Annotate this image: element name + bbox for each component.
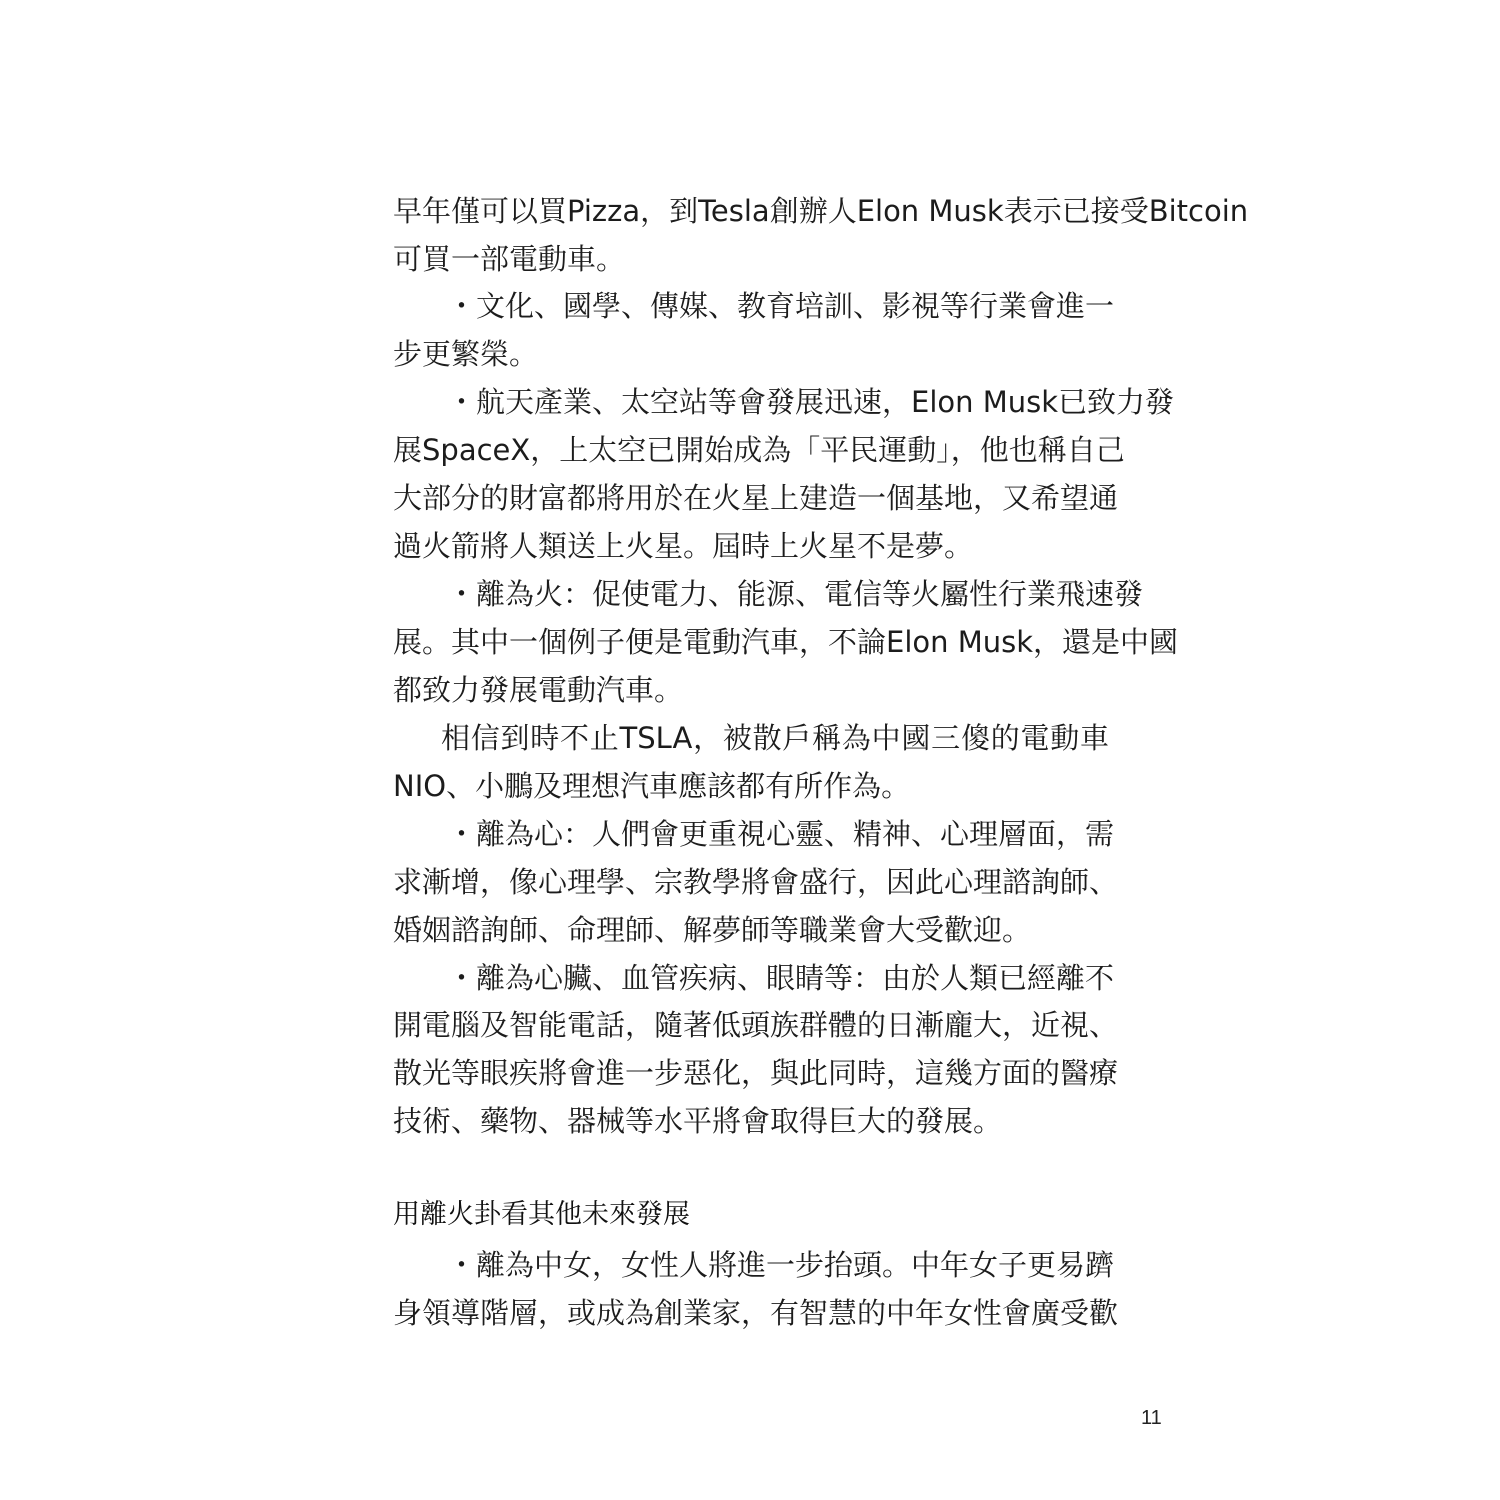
paragraph-line: 可買一部電動車。 [393, 242, 1109, 276]
paragraph-line: 求漸增，像心理學、宗教學將會盛行，因此心理諮詢師、 [393, 865, 1109, 899]
paragraph-line: 開電腦及智能電話，隨著低頭族群體的日漸龐大，近視、 [393, 1008, 1109, 1042]
paragraph-line: NIO、小鵬及理想汽車應該都有所作為。 [393, 769, 1109, 803]
paragraph-line: 步更繁榮。 [393, 337, 1109, 371]
paragraph-line: 早年僅可以買Pizza，到Tesla創辦人Elon Musk表示已接受Bitco… [393, 194, 1109, 228]
paragraph-line: 展SpaceX，上太空已開始成為「平民運動」，他也稱自己 [393, 433, 1109, 467]
paragraph-line: 技術、藥物、器械等水平將會取得巨大的發展。 [393, 1104, 1109, 1138]
bullet-line: ・文化、國學、傳媒、教育培訓、影視等行業會進一 [393, 289, 1109, 323]
bullet-line: ・離為火：促使電力、能源、電信等火屬性行業飛速發 [393, 577, 1109, 611]
paragraph-line: 相信到時不止TSLA，被散戶稱為中國三傻的電動車 [393, 721, 1109, 755]
bullet-line: ・離為中女，女性人將進一步抬頭。中年女子更易躋 [393, 1248, 1109, 1282]
paragraph-line: 過火箭將人類送上火星。屆時上火星不是夢。 [393, 529, 1109, 563]
paragraph-line: 大部分的財富都將用於在火星上建造一個基地，又希望通 [393, 481, 1109, 515]
bullet-line: ・離為心臟、血管疾病、眼睛等：由於人類已經離不 [393, 961, 1109, 995]
paragraph-line: 散光等眼疾將會進一步惡化，與此同時，這幾方面的醫療 [393, 1056, 1109, 1090]
page-number: 11 [1141, 1406, 1162, 1430]
bullet-line: ・航天產業、太空站等會發展迅速，Elon Musk已致力發 [393, 385, 1109, 419]
section-heading: 用離火卦看其他未來發展 [393, 1198, 690, 1232]
paragraph-line: 身領導階層，或成為創業家，有智慧的中年女性會廣受歡 [393, 1296, 1109, 1330]
bullet-line: ・離為心：人們會更重視心靈、精神、心理層面，需 [393, 817, 1109, 851]
paragraph-line: 婚姻諮詢師、命理師、解夢師等職業會大受歡迎。 [393, 913, 1109, 947]
book-page: 早年僅可以買Pizza，到Tesla創辦人Elon Musk表示已接受Bitco… [0, 0, 1500, 1500]
paragraph-line: 展。其中一個例子便是電動汽車，不論Elon Musk，還是中國 [393, 625, 1109, 659]
paragraph-line: 都致力發展電動汽車。 [393, 673, 1109, 707]
